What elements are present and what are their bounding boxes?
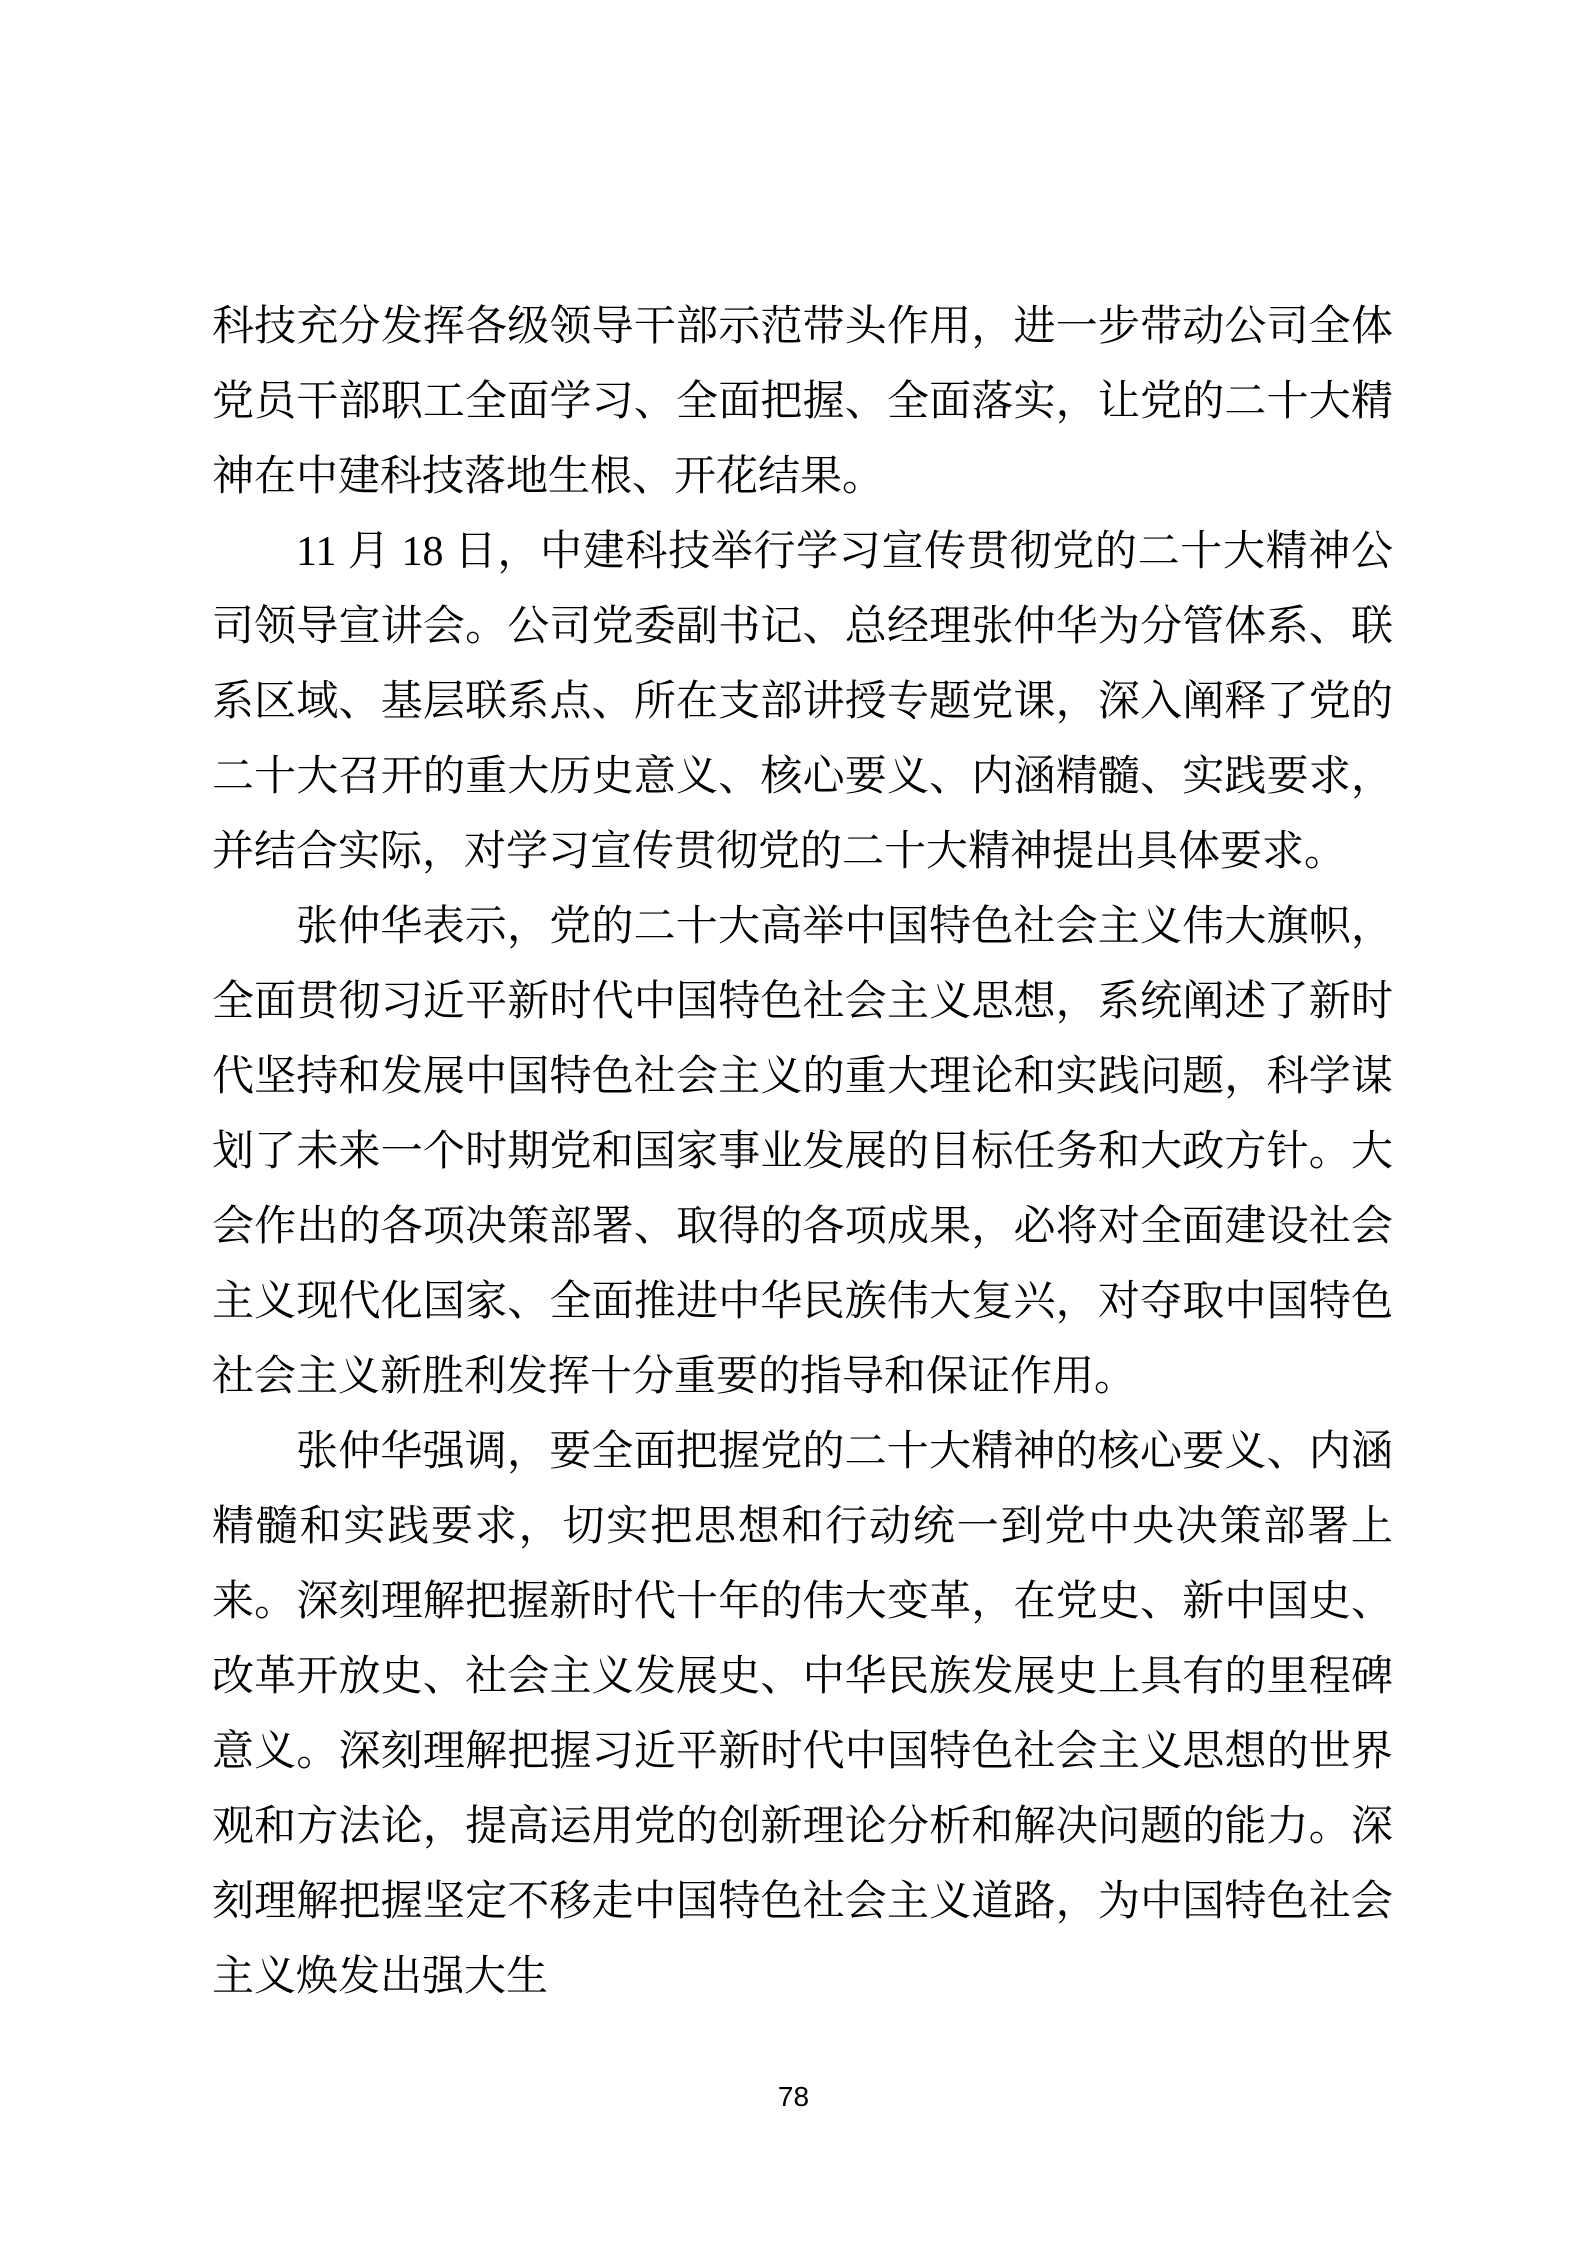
document-body: 科技充分发挥各级领导干部示范带头作用，进一步带动公司全体党员干部职工全面学习、全… — [212, 290, 1393, 2015]
paragraph-continued: 科技充分发挥各级领导干部示范带头作用，进一步带动公司全体党员干部职工全面学习、全… — [212, 290, 1393, 515]
paragraph: 张仲华表示，党的二十大高举中国特色社会主义伟大旗帜，全面贯彻习近平新时代中国特色… — [212, 890, 1393, 1415]
page-footer: 78 — [0, 2082, 1587, 2112]
paragraph: 11 月 18 日，中建科技举行学习宣传贯彻党的二十大精神公司领导宣讲会。公司党… — [212, 515, 1393, 890]
document-page: 科技充分发挥各级领导干部示范带头作用，进一步带动公司全体党员干部职工全面学习、全… — [0, 0, 1587, 2245]
paragraph: 张仲华强调，要全面把握党的二十大精神的核心要义、内涵精髓和实践要求，切实把思想和… — [212, 1415, 1393, 2015]
page-number: 78 — [778, 2081, 809, 2112]
